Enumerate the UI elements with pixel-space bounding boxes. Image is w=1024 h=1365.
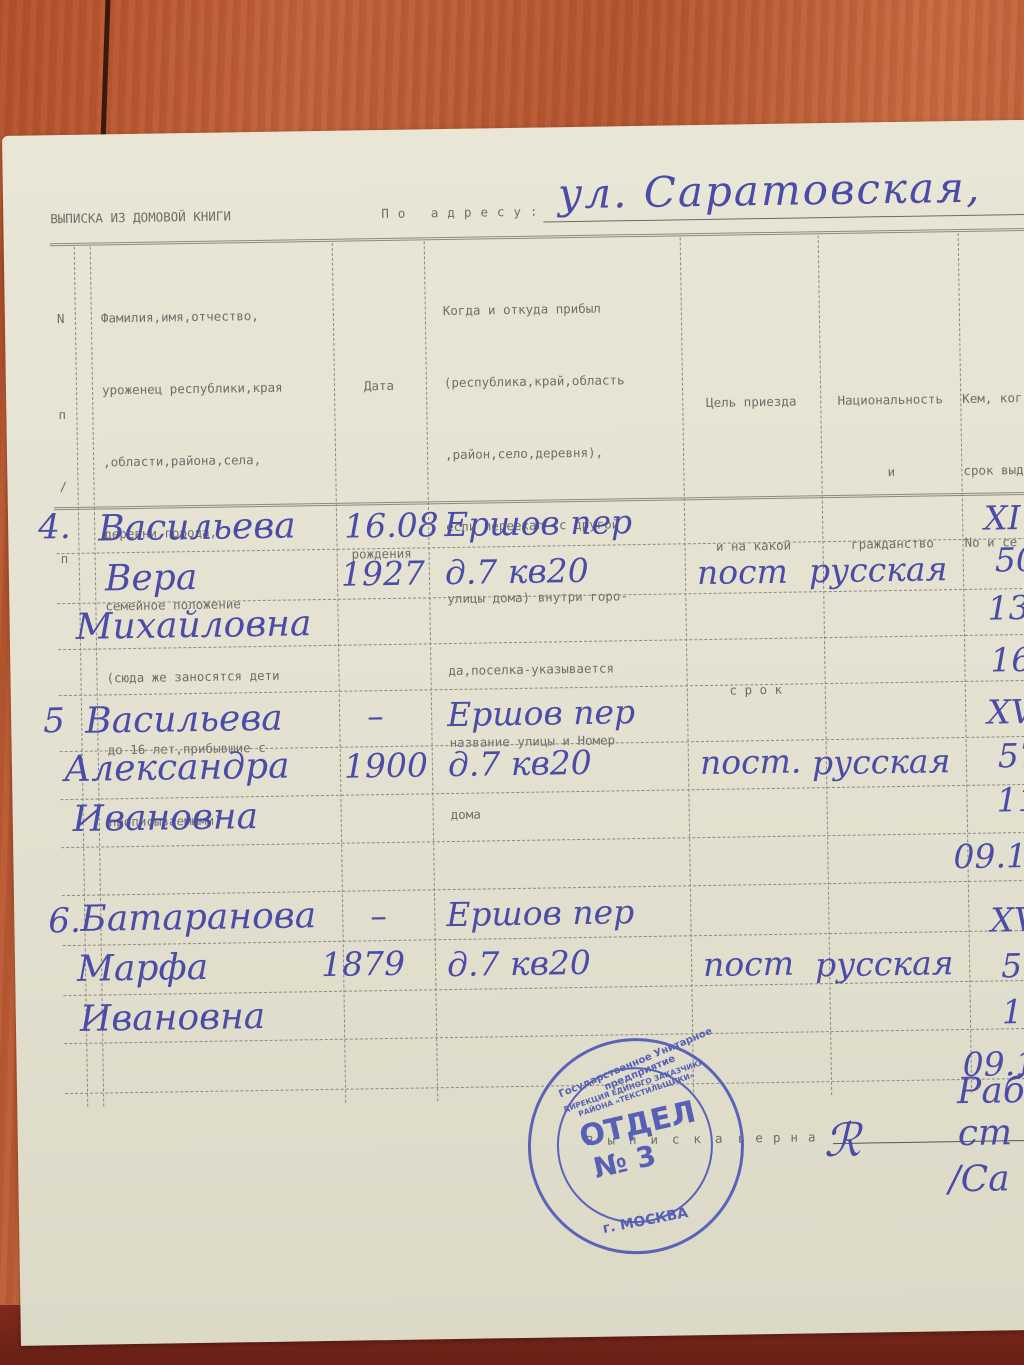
address-label: По адресу: [381,203,546,221]
arrival-street: Ершов пер [444,502,633,544]
issuing-office: 11 [996,780,1024,820]
arrival-street: Ершов пер [447,692,636,734]
document-title: ВЫПИСКА ИЗ ДОМОВОЙ КНИГИ [50,208,231,226]
passport-series: XVI [990,900,1024,940]
signer-title-2: ст [957,1112,1012,1154]
arrival-purpose: пост. [700,742,802,783]
row-number: 5 [43,701,65,741]
arrival-house: д.7 кв20 [447,943,591,984]
birth-date: – [367,696,384,735]
patronymic: Ивановна [80,996,266,1040]
issued-by: 16. [990,640,1024,680]
arrival-street: Ершов пер [446,892,635,934]
passport-series: XVI [987,692,1024,732]
arrival-purpose: пост [703,944,795,984]
nationality: русская [815,943,954,984]
given-name: Александра [64,746,290,791]
house-register-extract: ВЫПИСКА ИЗ ДОМОВОЙ КНИГИ По адресу: ул. … [2,120,1024,1346]
passport-number: 57 [1001,946,1024,986]
issued-by: 09.1 [953,836,1024,876]
birth-date: 16.08 [344,505,439,545]
given-name: Марфа [77,947,209,990]
signature: ℛ [823,1113,861,1168]
nationality: русская [812,741,951,782]
arrival-purpose: пост [697,552,789,592]
arrival-house: д.7 кв20 [448,743,592,784]
birth-date: – [370,896,387,935]
patronymic: Ивановна [72,796,258,840]
arrival-house: д.7 кв20 [445,551,589,592]
birth-year: 1927 [341,553,426,593]
verify-label-correct: верна [738,1129,826,1145]
surname: Васильева [98,505,296,549]
given-name: Вера [105,557,198,599]
issuing-office: 131 [987,588,1024,628]
surname: Васильева [85,698,283,742]
patronymic: Михайловна [75,603,311,648]
birth-year: 1900 [344,745,429,785]
birth-year: 1879 [321,944,406,984]
address-value: ул. Саратовская, [558,163,982,219]
signer-title-1: Раб [957,1070,1024,1112]
issuing-office: 118 [1002,991,1024,1031]
row-number: 4. [38,507,71,548]
nationality: русская [809,549,948,590]
official-stamp: Государственное Унитарное предприятие ДИ… [526,1036,745,1255]
row-number: 6. [48,901,81,942]
passport-number: 50 [994,540,1024,580]
col-divider [424,241,439,1101]
passport-number: 57 [998,736,1024,776]
signer-name: /Са [948,1158,1010,1200]
surname: Батаранова [80,895,316,940]
passport-series: XI [984,498,1021,538]
